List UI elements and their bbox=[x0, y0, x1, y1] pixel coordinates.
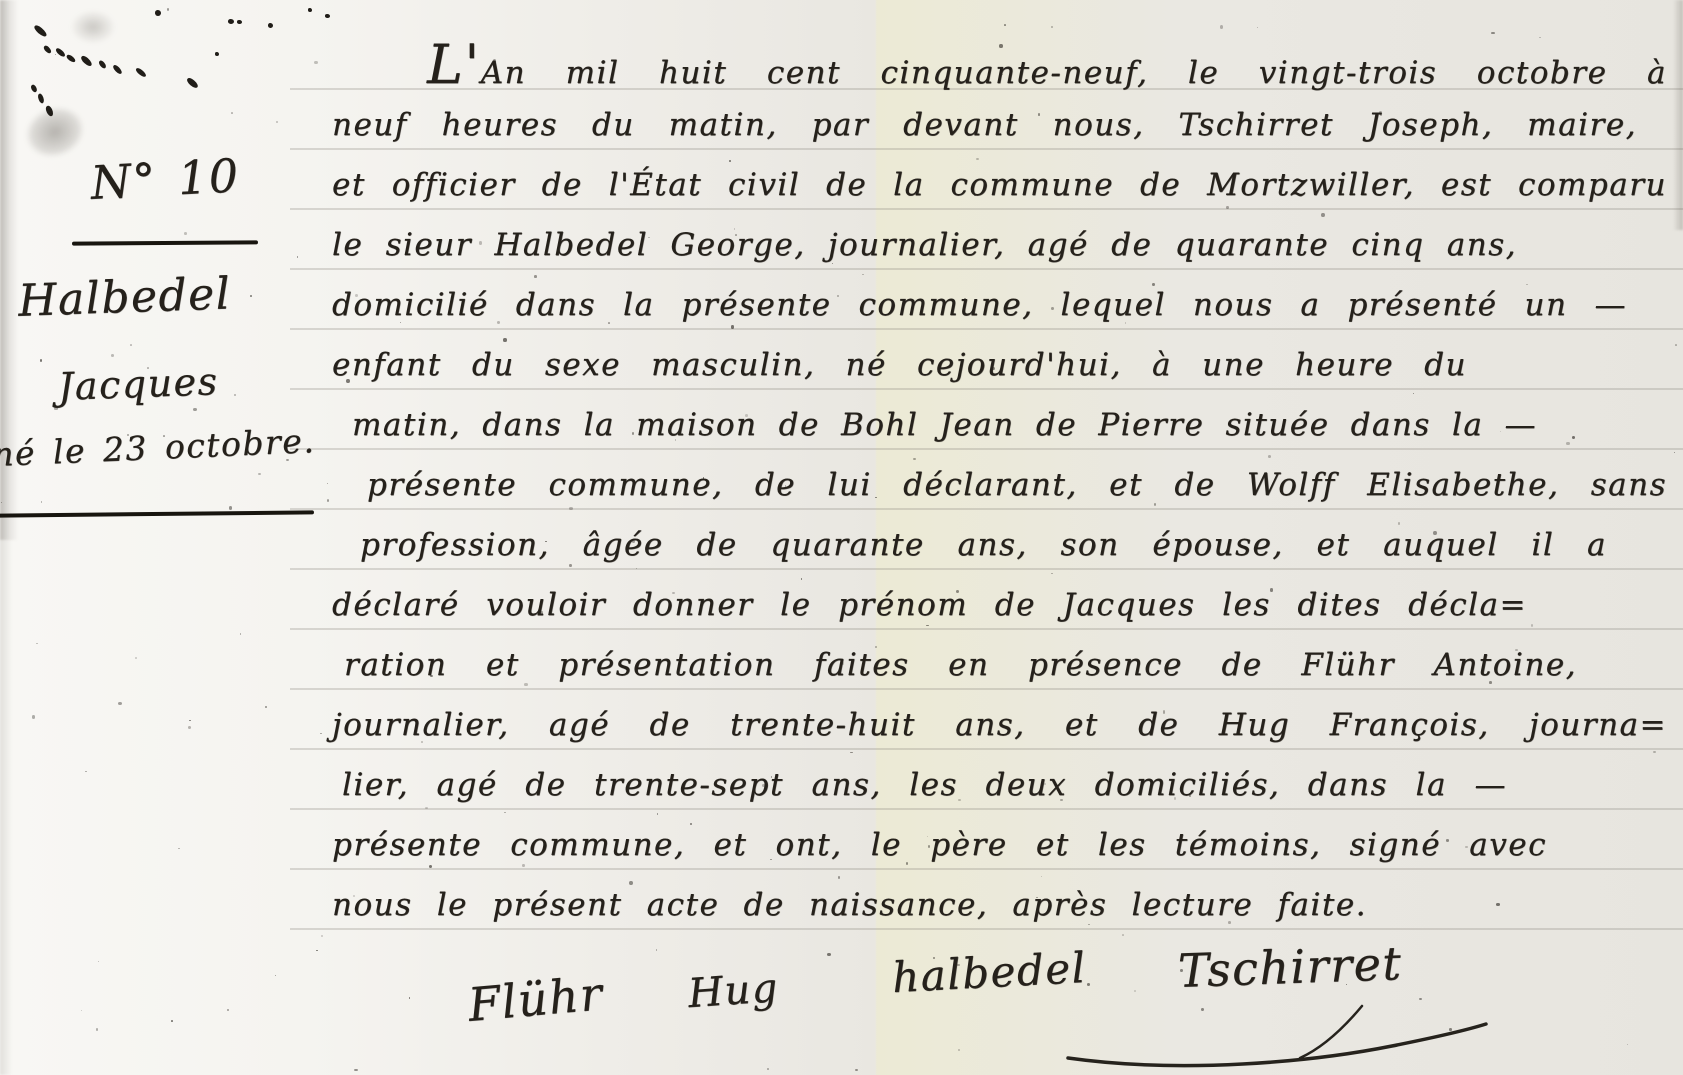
margin-birth-note: né le 23 octobre. bbox=[0, 421, 316, 474]
act-text-line: domicilié dans la présente commune, lequ… bbox=[332, 276, 1667, 336]
ink-speck bbox=[1257, 27, 1258, 28]
signature-hug: Hug bbox=[687, 965, 781, 1017]
ink-speck bbox=[327, 483, 328, 484]
ink-speck bbox=[320, 733, 321, 734]
ink-speck bbox=[1087, 983, 1090, 986]
act-body-text: L'An mil huit cent cinquante-neuf, le vi… bbox=[332, 36, 1667, 936]
act-text-line: lier, agé de trente-sept ans, les deux d… bbox=[332, 756, 1667, 816]
signature-fluhr: Flühr bbox=[466, 966, 606, 1032]
act-text-line: nous le présent acte de naissance, après… bbox=[332, 876, 1667, 936]
birth-record-page: N° 10 Halbedel Jacques né le 23 octobre.… bbox=[0, 0, 1683, 1075]
ink-speck bbox=[354, 1069, 358, 1072]
act-text-line: ration et présentation faites en présenc… bbox=[332, 636, 1667, 696]
ink-speck bbox=[1674, 452, 1675, 453]
signature-tschirret: Tschirret bbox=[1177, 936, 1403, 998]
act-text-line: journalier, agé de trente-huit ans, et d… bbox=[332, 696, 1667, 756]
ink-speck bbox=[767, 1068, 770, 1070]
act-text-line: déclaré vouloir donner le prénom de Jacq… bbox=[332, 576, 1667, 636]
act-text-line: présente commune, de lui déclarant, et d… bbox=[332, 456, 1667, 516]
margin-bottom-rule bbox=[0, 510, 314, 517]
ink-speck bbox=[855, 1069, 858, 1071]
signature-flourish bbox=[1062, 1000, 1492, 1075]
margin-given-name: Jacques bbox=[57, 359, 219, 409]
ink-speck bbox=[409, 997, 410, 999]
ink-speck bbox=[327, 499, 330, 502]
act-text-line: enfant du sexe masculin, né cejourd'hui,… bbox=[332, 336, 1667, 396]
signature-halbedel: halbedel bbox=[891, 943, 1088, 1002]
ink-spatter-dash bbox=[325, 14, 330, 18]
ink-speck bbox=[1051, 26, 1053, 28]
margin-divider-rule bbox=[72, 240, 258, 245]
act-text-line: L'An mil huit cent cinquante-neuf, le vi… bbox=[332, 36, 1667, 96]
ink-speck bbox=[1004, 24, 1006, 26]
ink-speck bbox=[827, 953, 830, 956]
margin-surname: Halbedel bbox=[17, 268, 232, 326]
act-text-line: présente commune, et ont, le père et les… bbox=[332, 816, 1667, 876]
act-number: N° 10 bbox=[59, 147, 272, 212]
act-text-line: le sieur Halbedel George, journalier, ag… bbox=[332, 216, 1667, 276]
act-text-line: matin, dans la maison de Bohl Jean de Pi… bbox=[332, 396, 1667, 456]
act-text-line: neuf heures du matin, par devant nous, T… bbox=[332, 96, 1667, 156]
scan-edge-shadow-right bbox=[1673, 0, 1683, 230]
ink-speck bbox=[1491, 32, 1494, 34]
act-text-line: et officier de l'État civil de la commun… bbox=[332, 156, 1667, 216]
ink-speck bbox=[1627, 1044, 1628, 1046]
ink-speck bbox=[1220, 25, 1223, 29]
ink-speck bbox=[321, 935, 323, 937]
ink-speck bbox=[656, 949, 658, 951]
act-text-line: profession, âgée de quarante ans, son ép… bbox=[332, 516, 1667, 576]
ink-speck bbox=[958, 1049, 960, 1052]
margin-column: N° 10 Halbedel Jacques né le 23 octobre. bbox=[0, 0, 320, 1075]
ink-speck bbox=[1675, 344, 1677, 346]
ink-speck bbox=[1134, 990, 1136, 992]
